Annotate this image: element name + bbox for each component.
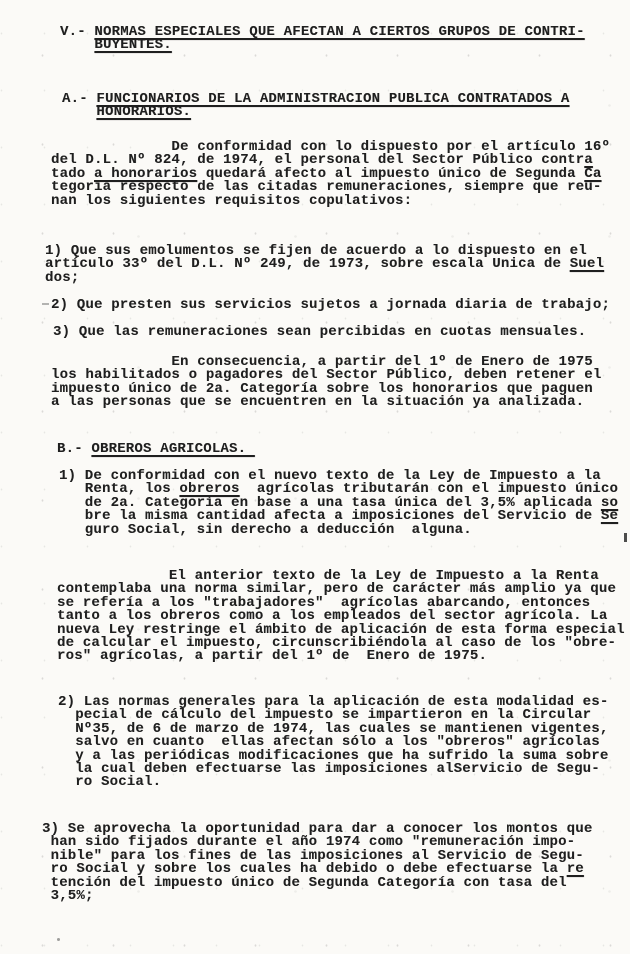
scan-artifact — [57, 938, 60, 941]
document-page: V.- NORMAS ESPECIALES QUE AFECTAN A CIER… — [0, 0, 630, 954]
paragraph-a-intro: De conformidad con lo dispuesto por el a… — [51, 141, 610, 208]
scan-artifact — [42, 303, 49, 305]
list-item-a-3: 3) Que las remuneraciones sean percibida… — [53, 326, 586, 339]
section-a-heading: A.- FUNCIONARIOS DE LA ADMINISTRACION PU… — [62, 93, 569, 120]
list-item-b-3: 3) Se aprovecha la oportunidad para dar … — [42, 823, 593, 903]
paragraph-a-conclusion: En consecuencia, a partir del 1º de Ener… — [51, 356, 602, 410]
section-b-heading: B.- OBREROS AGRICOLAS. — [57, 443, 255, 456]
list-item-a-1: 1) Que sus emolumentos se fijen de acuer… — [45, 245, 604, 285]
list-item-b-1: 1) De conformidad con el nuevo texto de … — [59, 470, 618, 537]
scan-artifact — [624, 533, 627, 542]
section-v-heading: V.- NORMAS ESPECIALES QUE AFECTAN A CIER… — [60, 26, 585, 53]
list-item-b-2: 2) Las normas generales para la aplicaci… — [58, 696, 609, 790]
paragraph-b-history: El anterior texto de la Ley de Impuesto … — [57, 570, 625, 664]
list-item-a-2: 2) Que presten sus servicios sujetos a j… — [51, 299, 610, 312]
